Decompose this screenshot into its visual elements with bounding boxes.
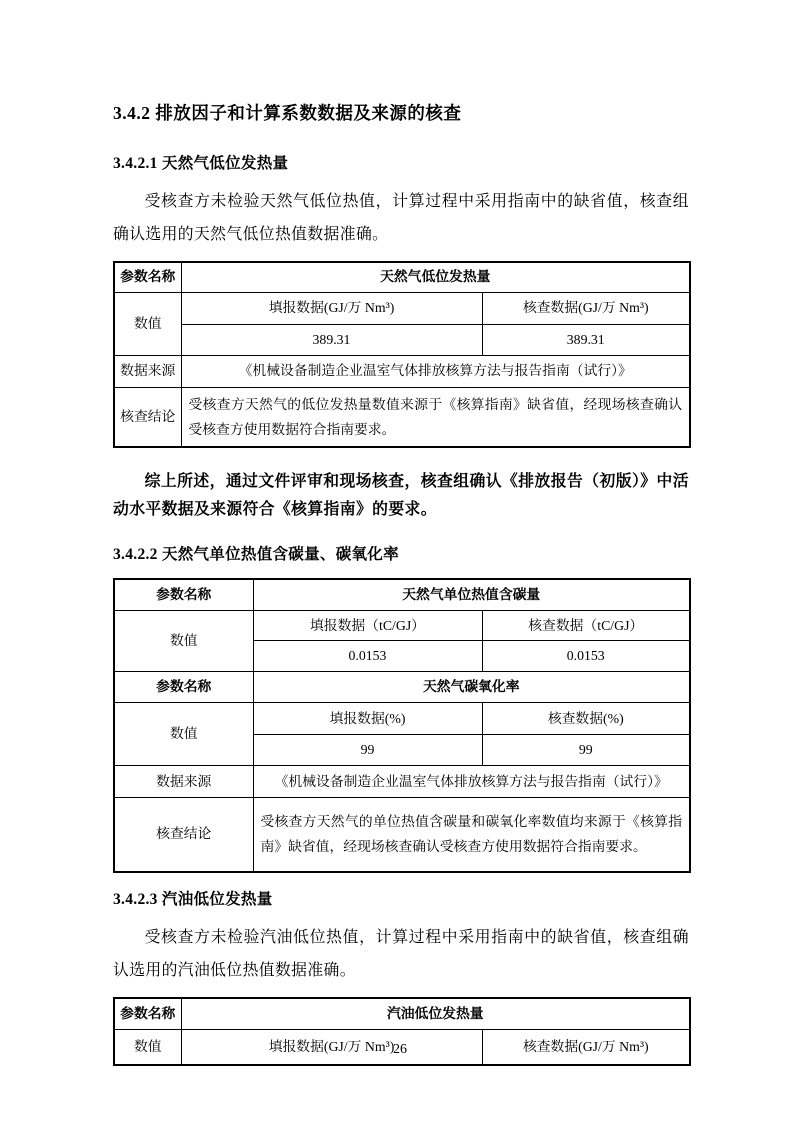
conclusion-value-cell: 受核查方天然气的单位热值含碳量和碳氧化率数值均来源于《核算指南》缺省值，经现场核… — [253, 798, 690, 872]
reported-data-value-cell: 0.0153 — [253, 641, 482, 672]
document-page: 3.4.2 排放因子和计算系数数据及来源的核查 3.4.2.1 天然气低位发热量… — [0, 0, 800, 1132]
param-name-value-cell: 汽油低位发热量 — [181, 998, 690, 1030]
section-heading-3422: 3.4.2.2 天然气单位热值含碳量、碳氧化率 — [113, 542, 689, 564]
verified-data-value-cell: 99 — [482, 735, 690, 766]
param-name-label-cell: 参数名称 — [114, 998, 181, 1030]
data-source-value-cell: 《机械设备制造企业温室气体排放核算方法与报告指南（试行）》 — [181, 355, 690, 387]
param-name-value-cell: 天然气低位发热量 — [181, 262, 690, 292]
section-heading-3421: 3.4.2.1 天然气低位发热量 — [113, 151, 689, 173]
value-label-cell: 数值 — [114, 611, 253, 672]
param-name-value-cell: 天然气单位热值含碳量 — [253, 579, 690, 611]
reported-data-header-cell: 填报数据（tC/GJ） — [253, 611, 482, 641]
conclusion-label-cell: 核查结论 — [114, 798, 253, 872]
section-heading-342: 3.4.2 排放因子和计算系数数据及来源的核查 — [113, 100, 689, 125]
verified-data-header-cell: 核查数据(GJ/万 Nm³) — [482, 292, 690, 324]
value-label-cell: 数值 — [114, 703, 253, 766]
data-source-label-cell: 数据来源 — [114, 766, 253, 798]
conclusion-label-cell: 核查结论 — [114, 387, 181, 447]
reported-data-value-cell: 99 — [253, 735, 482, 766]
page-number: 26 — [0, 1042, 800, 1058]
section-heading-3423: 3.4.2.3 汽油低位发热量 — [113, 887, 689, 909]
param-name-label-cell: 参数名称 — [114, 579, 253, 611]
param-name-label-cell: 参数名称 — [114, 262, 181, 292]
page-content: 3.4.2 排放因子和计算系数数据及来源的核查 3.4.2.1 天然气低位发热量… — [113, 0, 689, 1066]
paragraph-gasoline-ncv-intro: 受核查方未检验汽油低位热值，计算过程中采用指南中的缺省值，核查组确认选用的汽油低… — [113, 921, 689, 987]
conclusion-value-cell: 受核查方天然气的低位发热量数值来源于《核算指南》缺省值，经现场核查确认受核查方使… — [181, 387, 690, 447]
paragraph-summary: 综上所述，通过文件评审和现场核查，核查组确认《排放报告（初版）》中活动水平数据及… — [113, 468, 689, 524]
param-name-value-cell: 天然气碳氧化率 — [253, 672, 690, 703]
verified-data-value-cell: 0.0153 — [482, 641, 690, 672]
verified-data-header-cell: 核查数据(%) — [482, 703, 690, 735]
reported-data-header-cell: 填报数据(GJ/万 Nm³) — [181, 292, 482, 324]
table-natural-gas-ncv: 参数名称 天然气低位发热量 数值 填报数据(GJ/万 Nm³) 核查数据(GJ/… — [113, 261, 691, 448]
verified-data-header-cell: 核查数据（tC/GJ） — [482, 611, 690, 641]
paragraph-natural-gas-ncv-intro: 受核查方未检验天然气低位热值，计算过程中采用指南中的缺省值，核查组确认选用的天然… — [113, 185, 689, 251]
reported-data-value-cell: 389.31 — [181, 324, 482, 355]
table-natural-gas-carbon: 参数名称 天然气单位热值含碳量 数值 填报数据（tC/GJ） 核查数据（tC/G… — [113, 578, 691, 873]
data-source-value-cell: 《机械设备制造企业温室气体排放核算方法与报告指南（试行）》 — [253, 766, 690, 798]
param-name-label-cell: 参数名称 — [114, 672, 253, 703]
verified-data-value-cell: 389.31 — [482, 324, 690, 355]
value-label-cell: 数值 — [114, 292, 181, 355]
data-source-label-cell: 数据来源 — [114, 355, 181, 387]
reported-data-header-cell: 填报数据(%) — [253, 703, 482, 735]
